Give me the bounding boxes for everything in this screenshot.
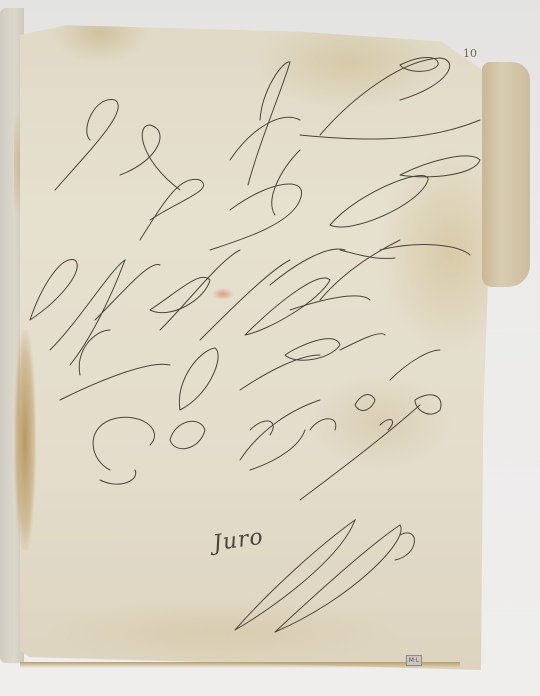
calligraphy-flourishes xyxy=(0,0,540,696)
folio-number: 10 xyxy=(463,47,477,60)
library-stamp: M·L xyxy=(406,655,422,666)
